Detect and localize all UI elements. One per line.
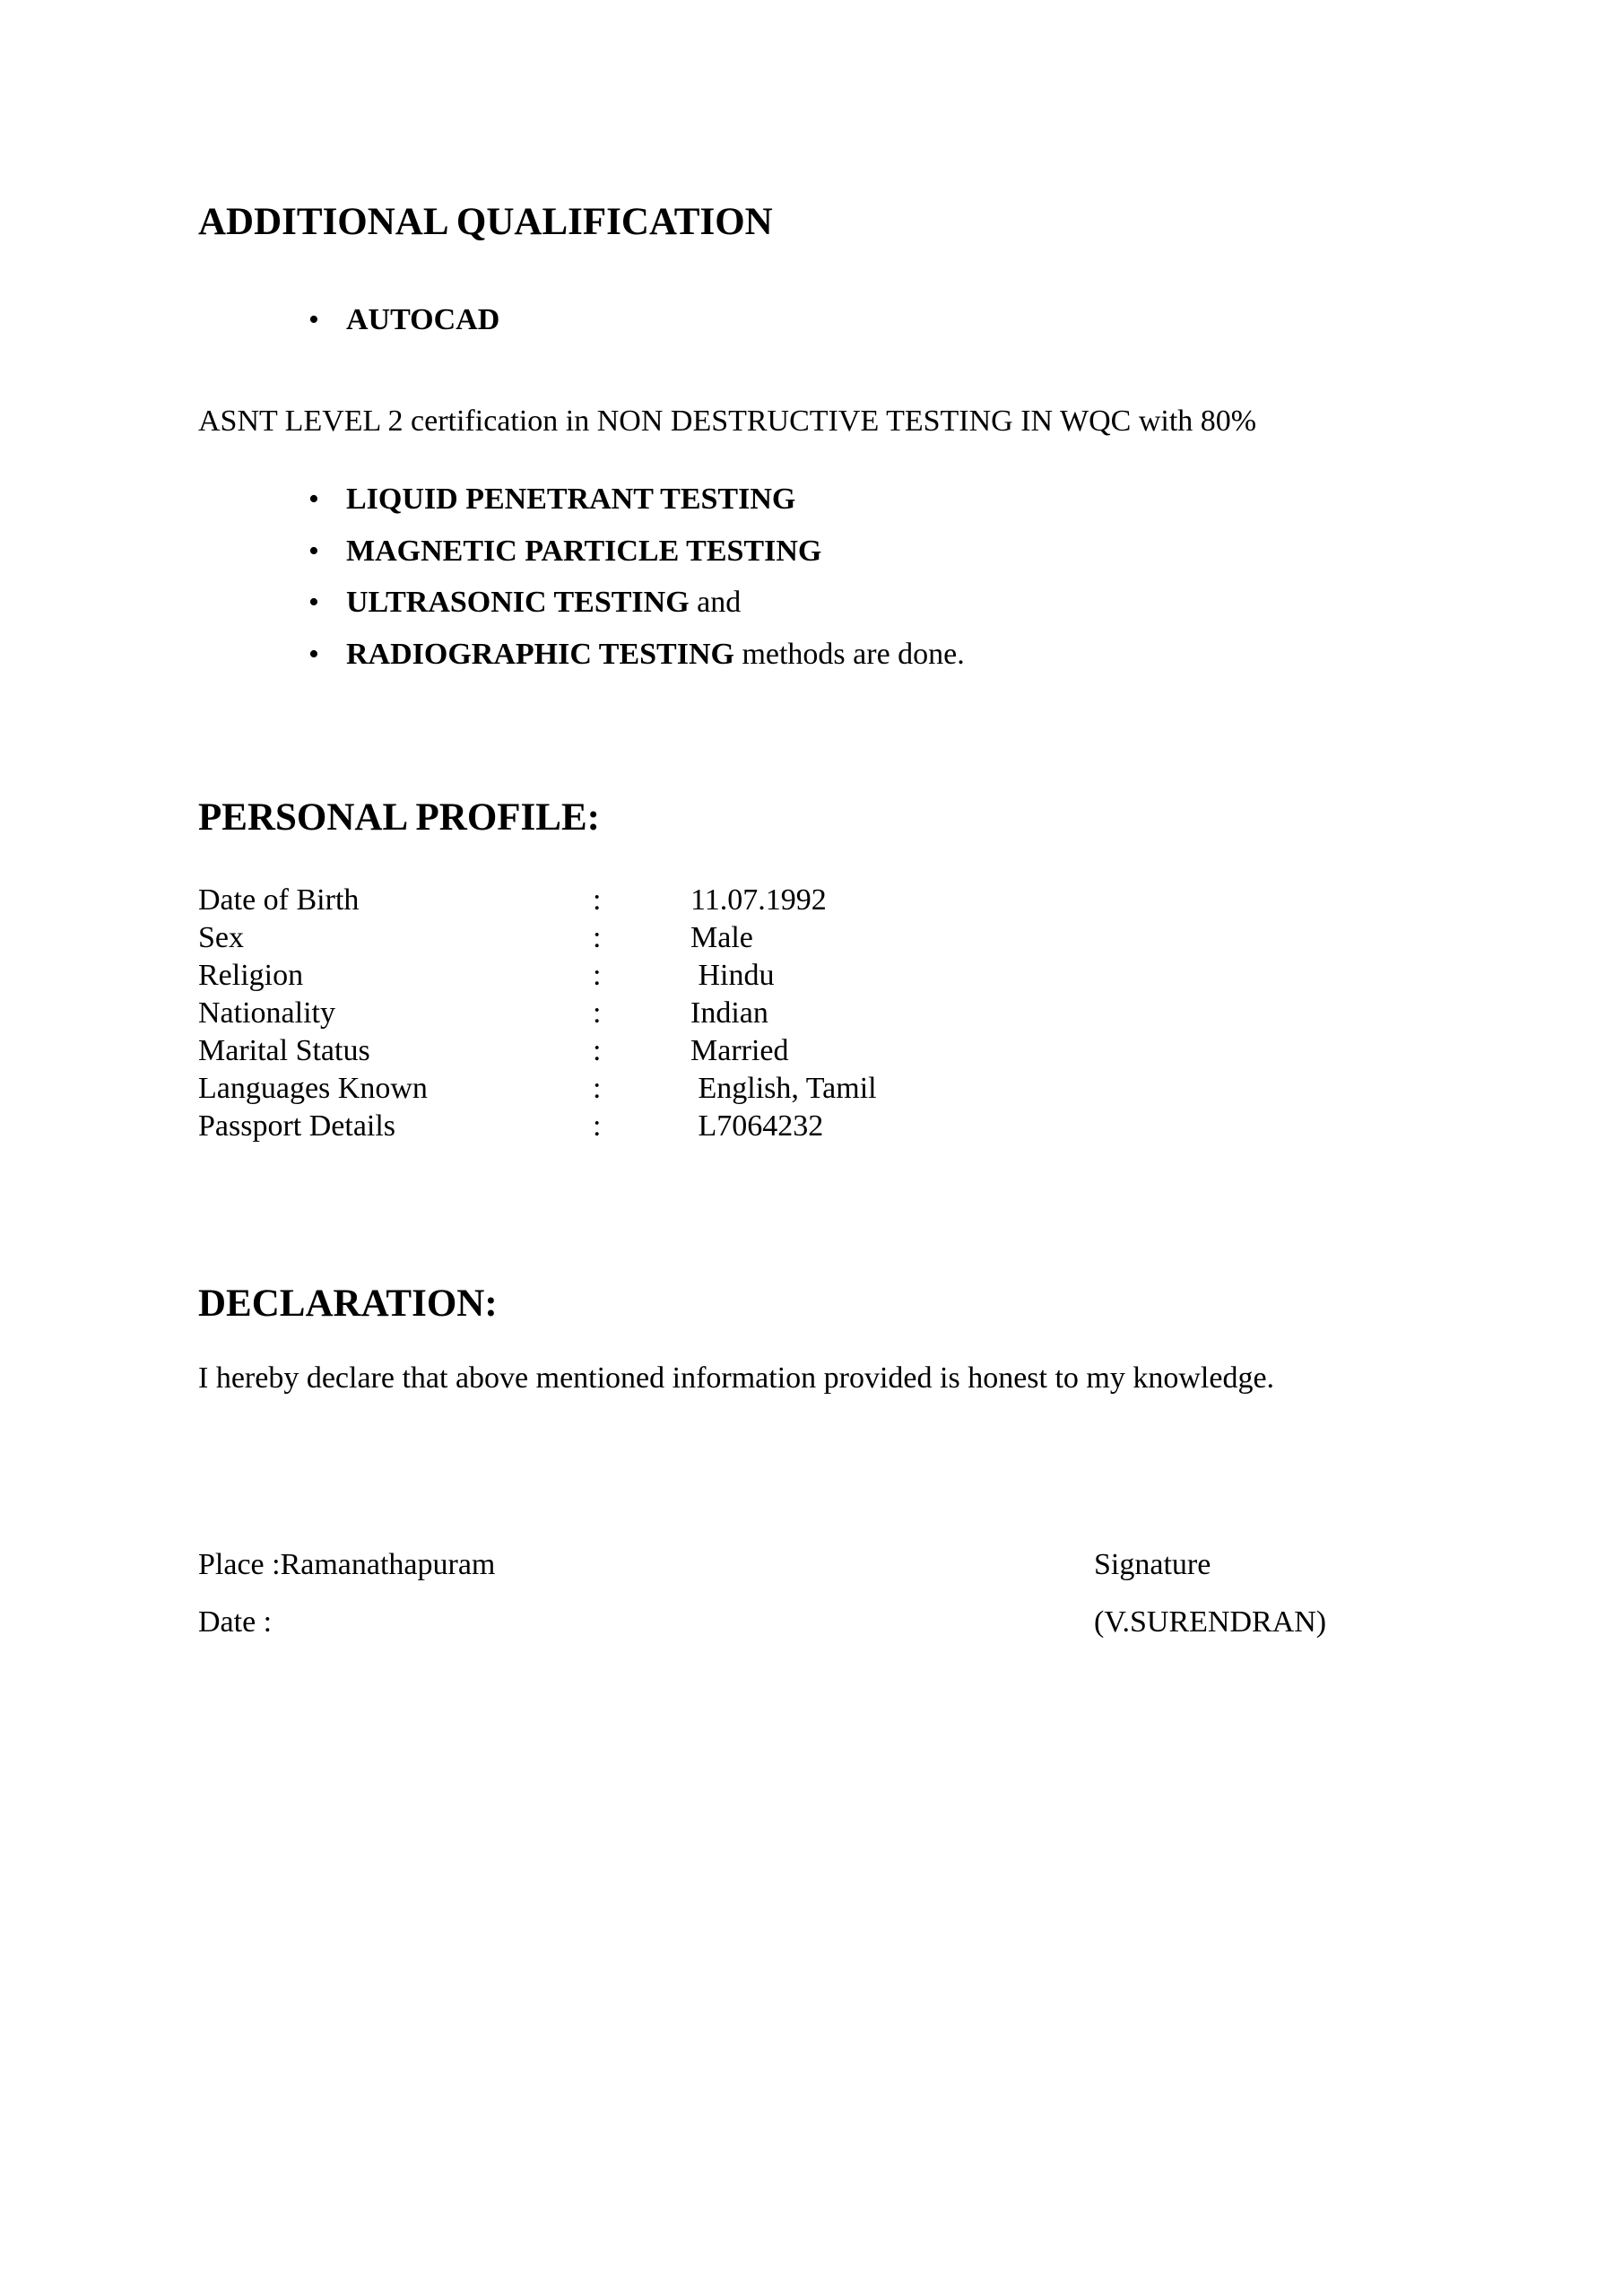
profile-separator: : [593,1036,601,1066]
profile-separator: : [593,998,601,1029]
profile-label: Languages Known [198,1074,428,1104]
profile-value: English, Tamil [690,1074,877,1104]
list-item-bold-text: LIQUID PENETRANT TESTING [346,483,795,516]
profile-row: Nationality:Indian [198,998,1274,1036]
declaration-text: I hereby declare that above mentioned in… [198,1363,1274,1394]
profile-value: Indian [690,998,768,1029]
profile-separator: : [593,961,601,991]
profile-row: Sex:Male [198,923,1274,961]
list-item-bold-text: ULTRASONIC TESTING [346,586,690,619]
profile-value: Male [690,923,753,953]
profile-value: L7064232 [690,1111,823,1142]
profile-separator: : [593,1111,601,1142]
list-item-bold-text: AUTOCAD [346,303,499,336]
signatory-name: (V.SURENDRAN) [1094,1607,1326,1638]
profile-row: Date of Birth:11.07.1992 [198,885,1274,923]
list-item-text: RADIOGRAPHIC TESTING methods are done. [346,639,965,670]
profile-row: Marital Status:Married [198,1036,1274,1074]
profile-row: Passport Details: L7064232 [198,1111,1274,1149]
bullet-icon: • [296,484,332,515]
profile-label: Nationality [198,998,335,1029]
bullet-icon: • [296,536,332,567]
profile-value: Hindu [690,961,775,991]
list-item-bold-text: MAGNETIC PARTICLE TESTING [346,535,821,568]
profile-separator: : [593,923,601,953]
profile-row: Religion: Hindu [198,961,1274,998]
profile-value: 11.07.1992 [690,885,827,916]
list-item-text: AUTOCAD [346,305,499,335]
profile-value: Married [690,1036,789,1066]
place-label: Place : [198,1548,281,1581]
personal-profile-heading: PERSONAL PROFILE: [198,798,600,837]
profile-label: Religion [198,961,303,991]
place-value: Ramanathapuram [281,1548,496,1581]
list-item-text: LIQUID PENETRANT TESTING [346,484,795,515]
date-label: Date : [198,1607,272,1638]
list-item-bold-text: RADIOGRAPHIC TESTING [346,638,734,671]
profile-row: Languages Known: English, Tamil [198,1074,1274,1111]
bullet-icon: • [296,305,332,335]
certification-text: ASNT LEVEL 2 certification in NON DESTRU… [198,406,1256,437]
list-item-text: MAGNETIC PARTICLE TESTING [346,536,821,567]
declaration-heading: DECLARATION: [198,1284,498,1323]
additional-qualification-heading: ADDITIONAL QUALIFICATION [198,203,773,241]
profile-label: Sex [198,923,244,953]
list-item-text: ULTRASONIC TESTING and [346,587,741,618]
bullet-icon: • [296,639,332,670]
profile-separator: : [593,1074,601,1104]
place-line: Place :Ramanathapuram [198,1550,495,1580]
profile-label: Passport Details [198,1111,395,1142]
bullet-icon: • [296,587,332,618]
list-item-rest-text: and [690,586,742,619]
list-item-rest-text: methods are done. [734,638,965,671]
profile-label: Marital Status [198,1036,370,1066]
signature-label: Signature [1094,1550,1211,1580]
profile-separator: : [593,885,601,916]
profile-label: Date of Birth [198,885,359,916]
